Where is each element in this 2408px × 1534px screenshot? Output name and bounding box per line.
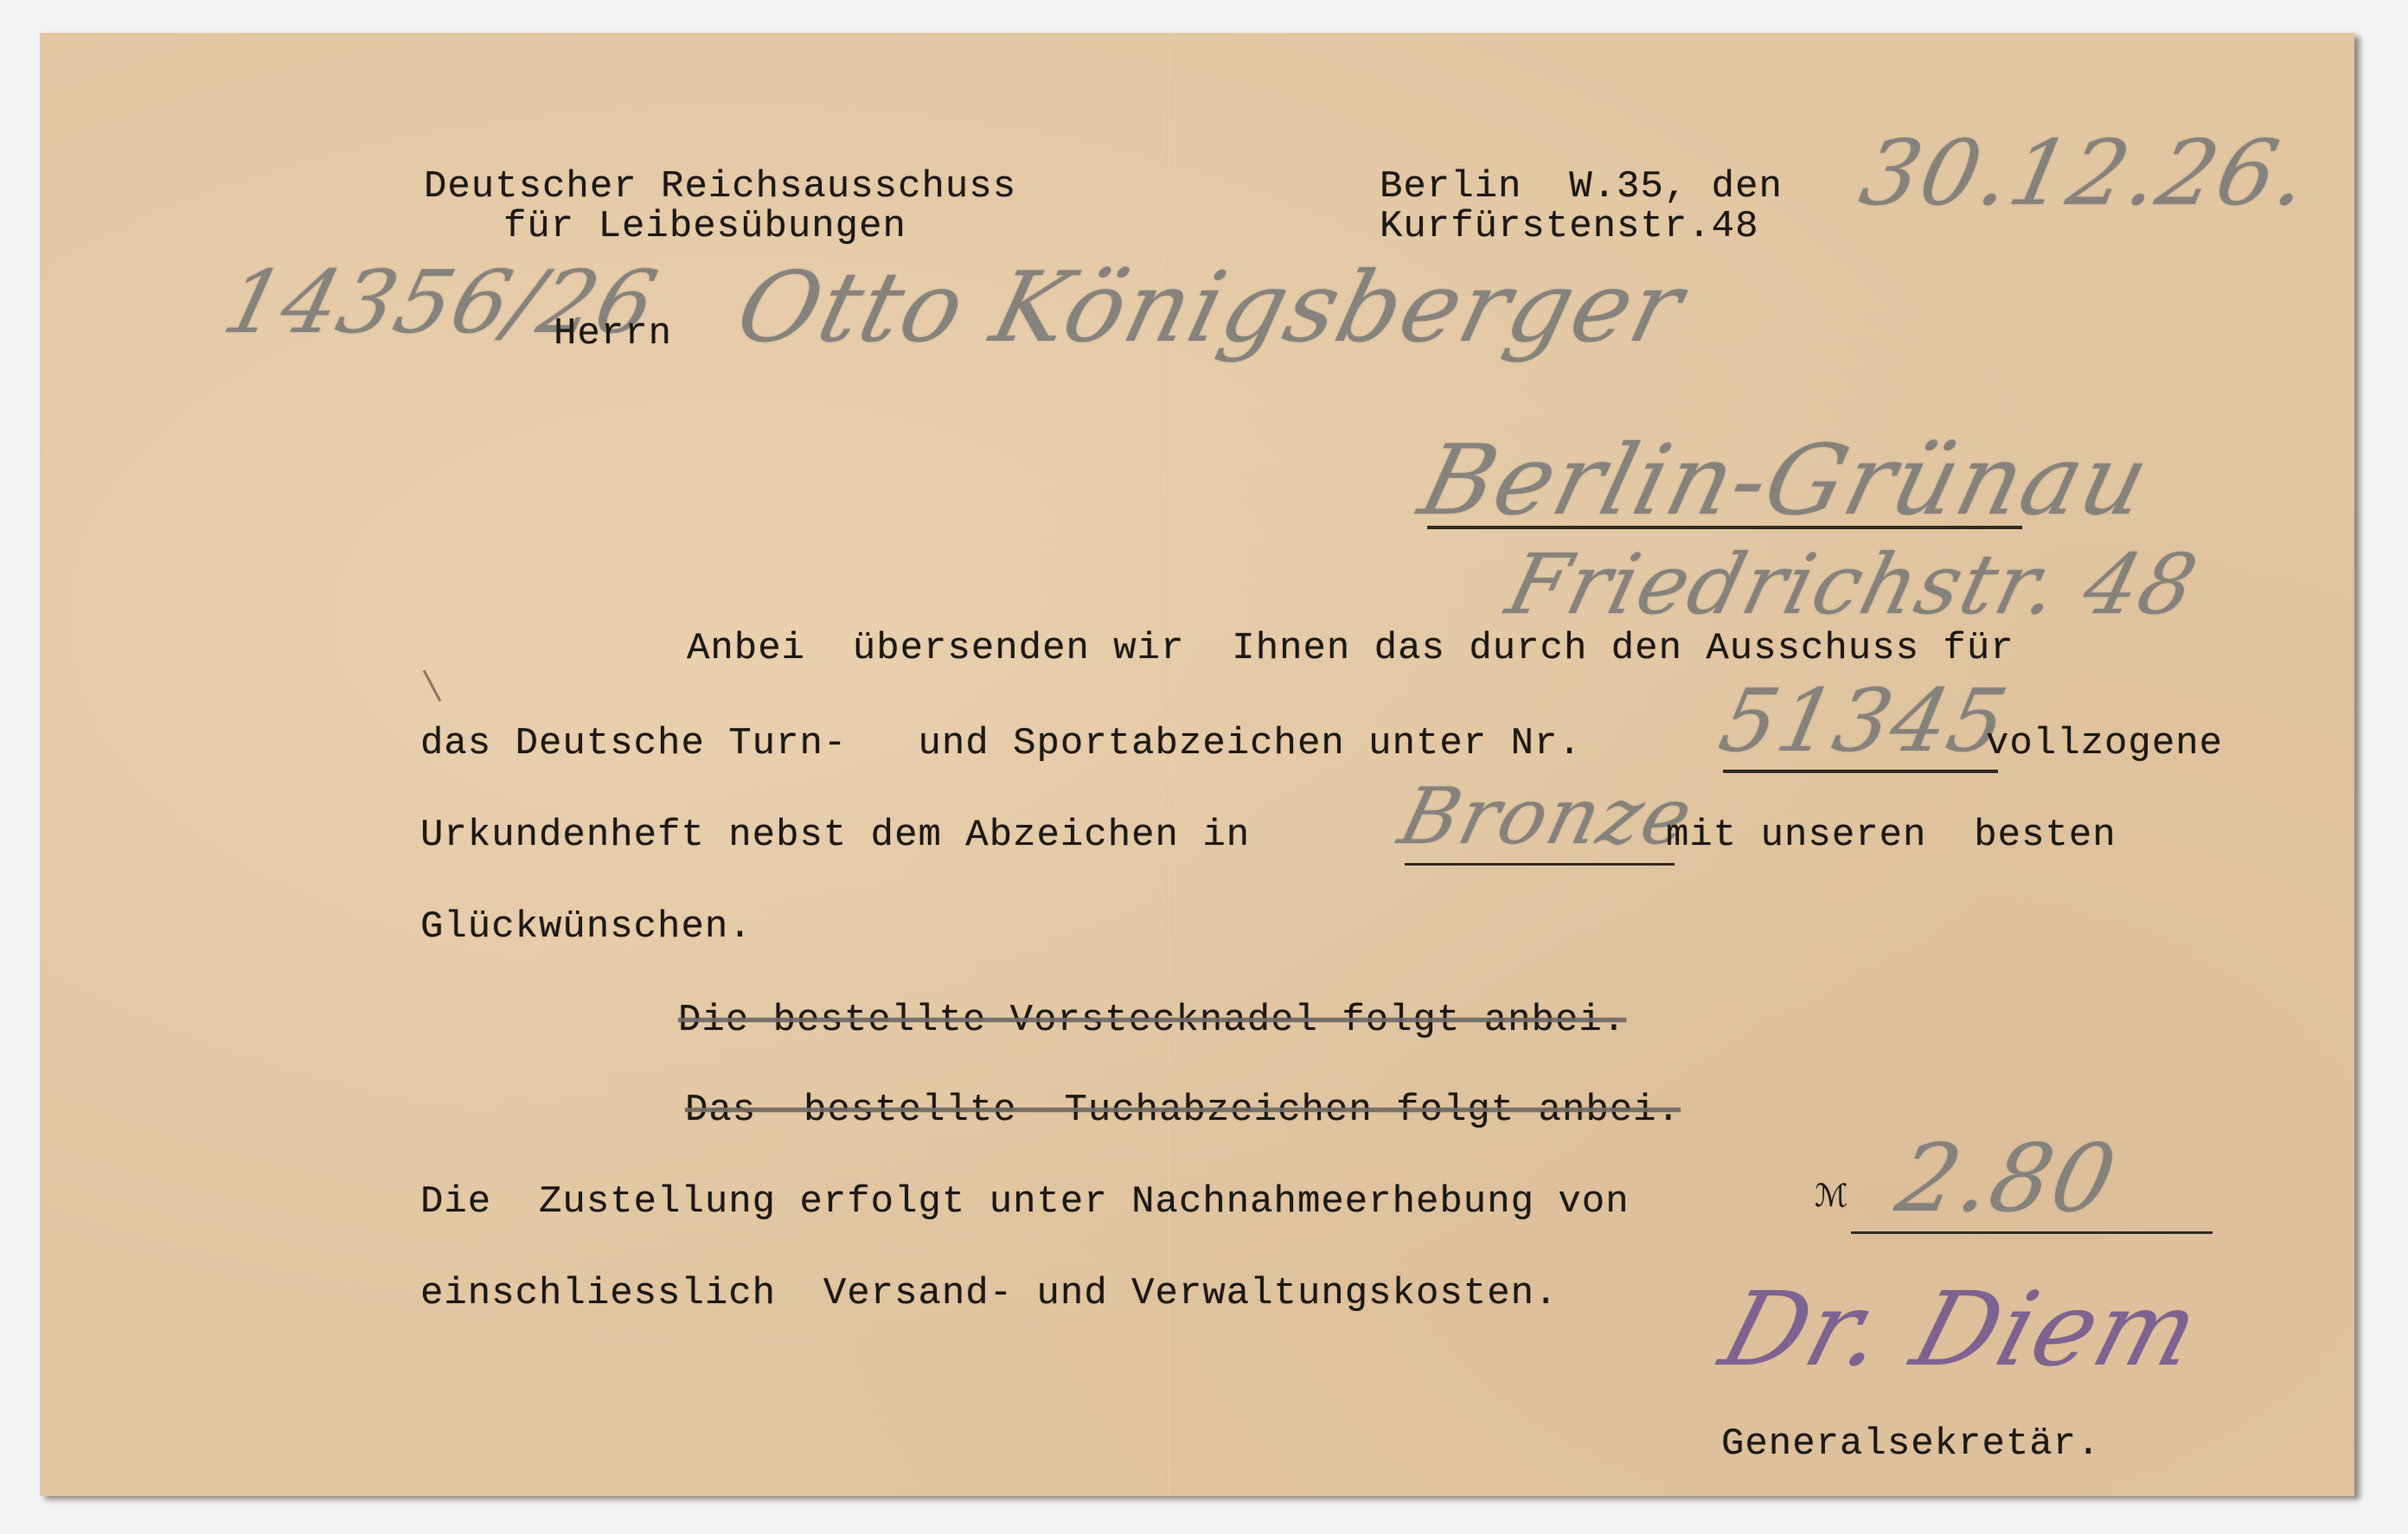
body-line-7: Die Zustellung erfolgt unter Nachnahmeer… (420, 1183, 1630, 1221)
badge-grade: Bronze (1393, 778, 1700, 856)
signatory-title: Generalsekretär. (1721, 1425, 2100, 1463)
place-line1: Berlin W.35, den (1380, 168, 1783, 206)
currency-symbol: ℳ (1815, 1183, 1849, 1214)
amount-handwritten: 2.80 (1890, 1133, 2124, 1226)
amount-underline (1851, 1231, 2213, 1234)
recipient-name: Otto Königsberger (728, 259, 1693, 356)
recipient-city: Berlin-Grünau (1412, 432, 2159, 529)
struck-line-pin: Die bestellte Vorstecknadel folgt anbei. (678, 1001, 1626, 1039)
body-line-4: Glückwünschen. (420, 908, 752, 946)
city-underline (1427, 526, 2022, 529)
body-line-3-end: mit unseren besten (1666, 816, 2117, 854)
org-name-line2: für Leibesübungen (503, 208, 906, 246)
place-line2: Kurfürstenstr.48 (1380, 208, 1758, 246)
letter-paper: Deutscher Reichsausschuss für Leibesübun… (40, 33, 2354, 1496)
signature: Dr. Diem (1712, 1278, 2211, 1380)
body-line-3-start: Urkundenheft nebst dem Abzeichen in (420, 816, 1250, 854)
recipient-street: Friedrichstr. 48 (1500, 543, 2206, 626)
scanned-document: Deutscher Reichsausschuss für Leibesübun… (0, 0, 2408, 1534)
badge-grade-underline (1405, 863, 1675, 866)
stray-mark (423, 670, 441, 702)
badge-number-underline (1723, 770, 1998, 773)
body-line-8: einschliesslich Versand- und Verwaltungs… (420, 1275, 1558, 1313)
body-line-2-start: das Deutsche Turn- und Sportabzeichen un… (420, 725, 1582, 763)
handwritten-date: 30.12.26. (1854, 128, 2317, 218)
badge-number: 51345 (1713, 678, 2014, 764)
body-line-2-end: vollzogene (1986, 725, 2223, 763)
body-line-1: Anbei übersenden wir Ihnen das durch den… (687, 630, 2014, 668)
struck-line-cloth-badge: Das bestellte Tuchabzeichen folgt anbei. (685, 1091, 1681, 1129)
salutation: Herrn (554, 315, 672, 353)
org-name-line1: Deutscher Reichsausschuss (424, 168, 1016, 206)
